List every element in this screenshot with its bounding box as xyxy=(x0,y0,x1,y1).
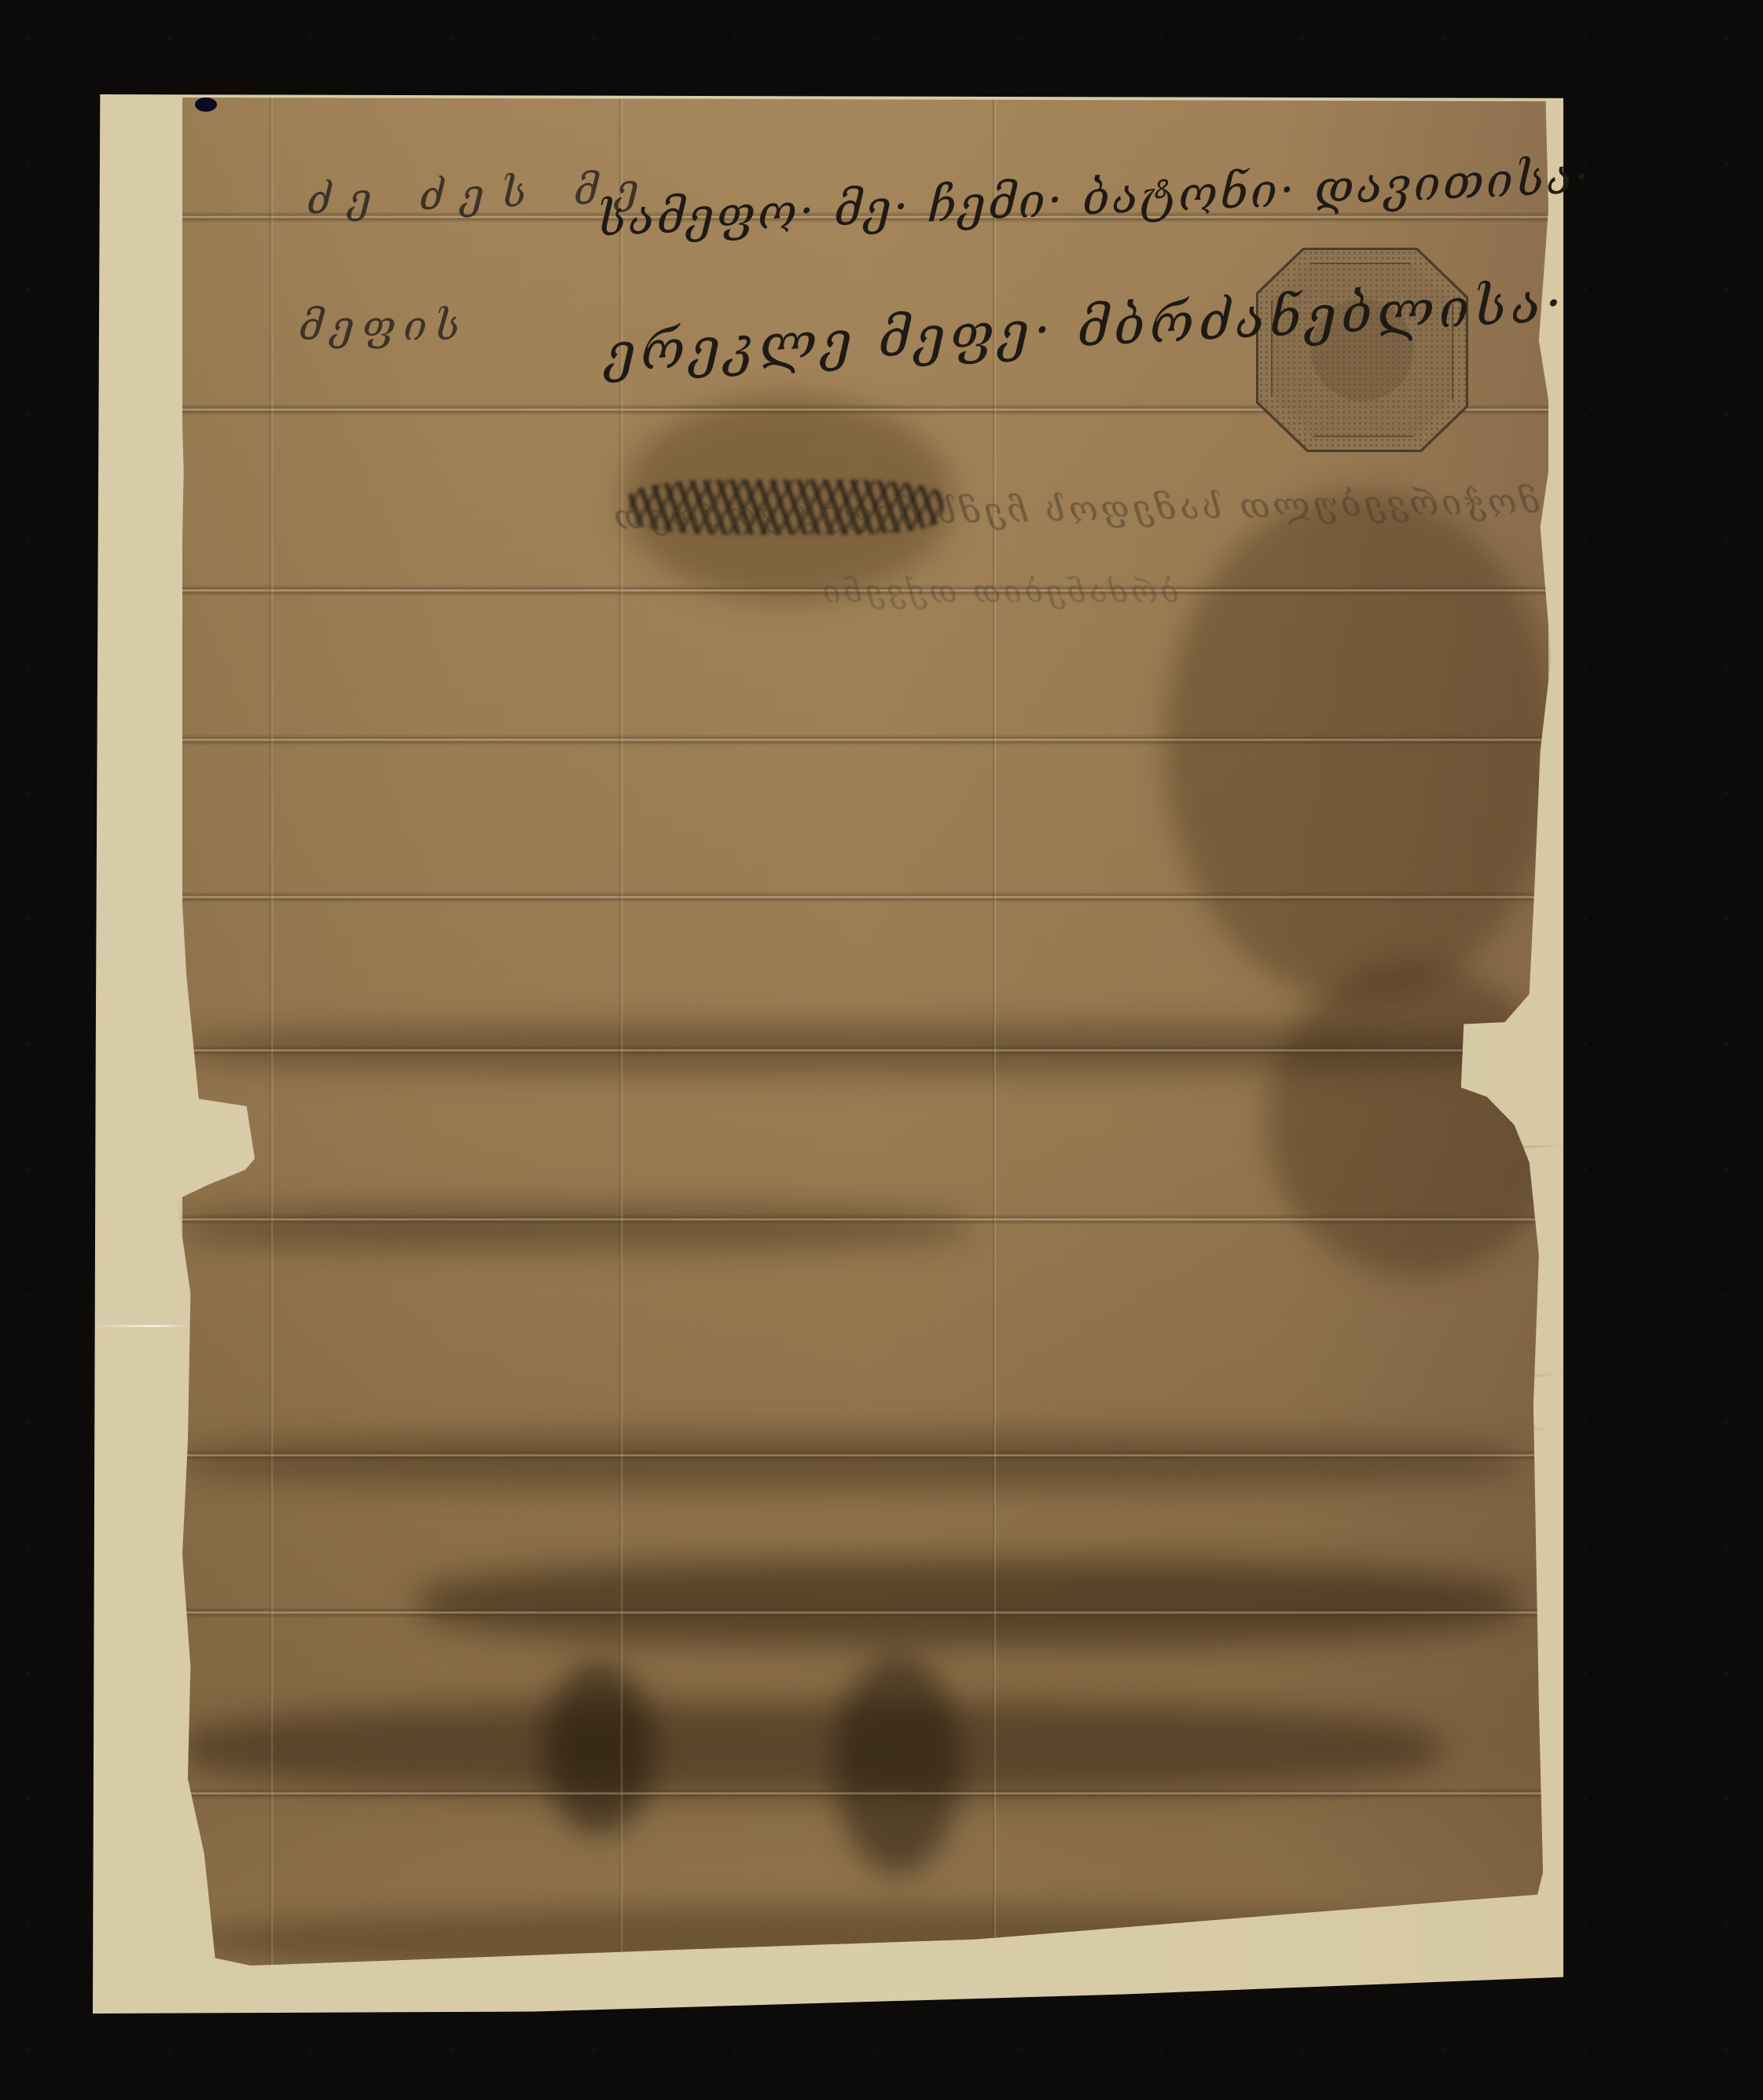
fold-line xyxy=(182,734,1548,745)
bleed-through-line-2: ბრძანებით თქვენი xyxy=(820,574,1179,610)
fold-line xyxy=(182,892,1548,903)
stain-band xyxy=(182,1206,968,1249)
ink-blot xyxy=(195,97,217,112)
stain-band xyxy=(418,1560,1519,1646)
fold-line xyxy=(182,1214,1548,1225)
fold-line xyxy=(182,1045,1548,1056)
fold-line xyxy=(182,1450,1548,1461)
water-stain xyxy=(835,1654,960,1874)
margin-text-line-2: მეფის xyxy=(299,303,468,350)
stain-band xyxy=(182,1434,1519,1489)
fold-line-vertical xyxy=(269,97,274,1966)
fold-line xyxy=(182,1607,1548,1618)
fold-line-vertical xyxy=(992,97,997,1966)
water-stain xyxy=(544,1662,654,1835)
water-stain xyxy=(1165,491,1558,1002)
stain-band xyxy=(182,1701,1440,1796)
fold-line xyxy=(182,1788,1548,1799)
